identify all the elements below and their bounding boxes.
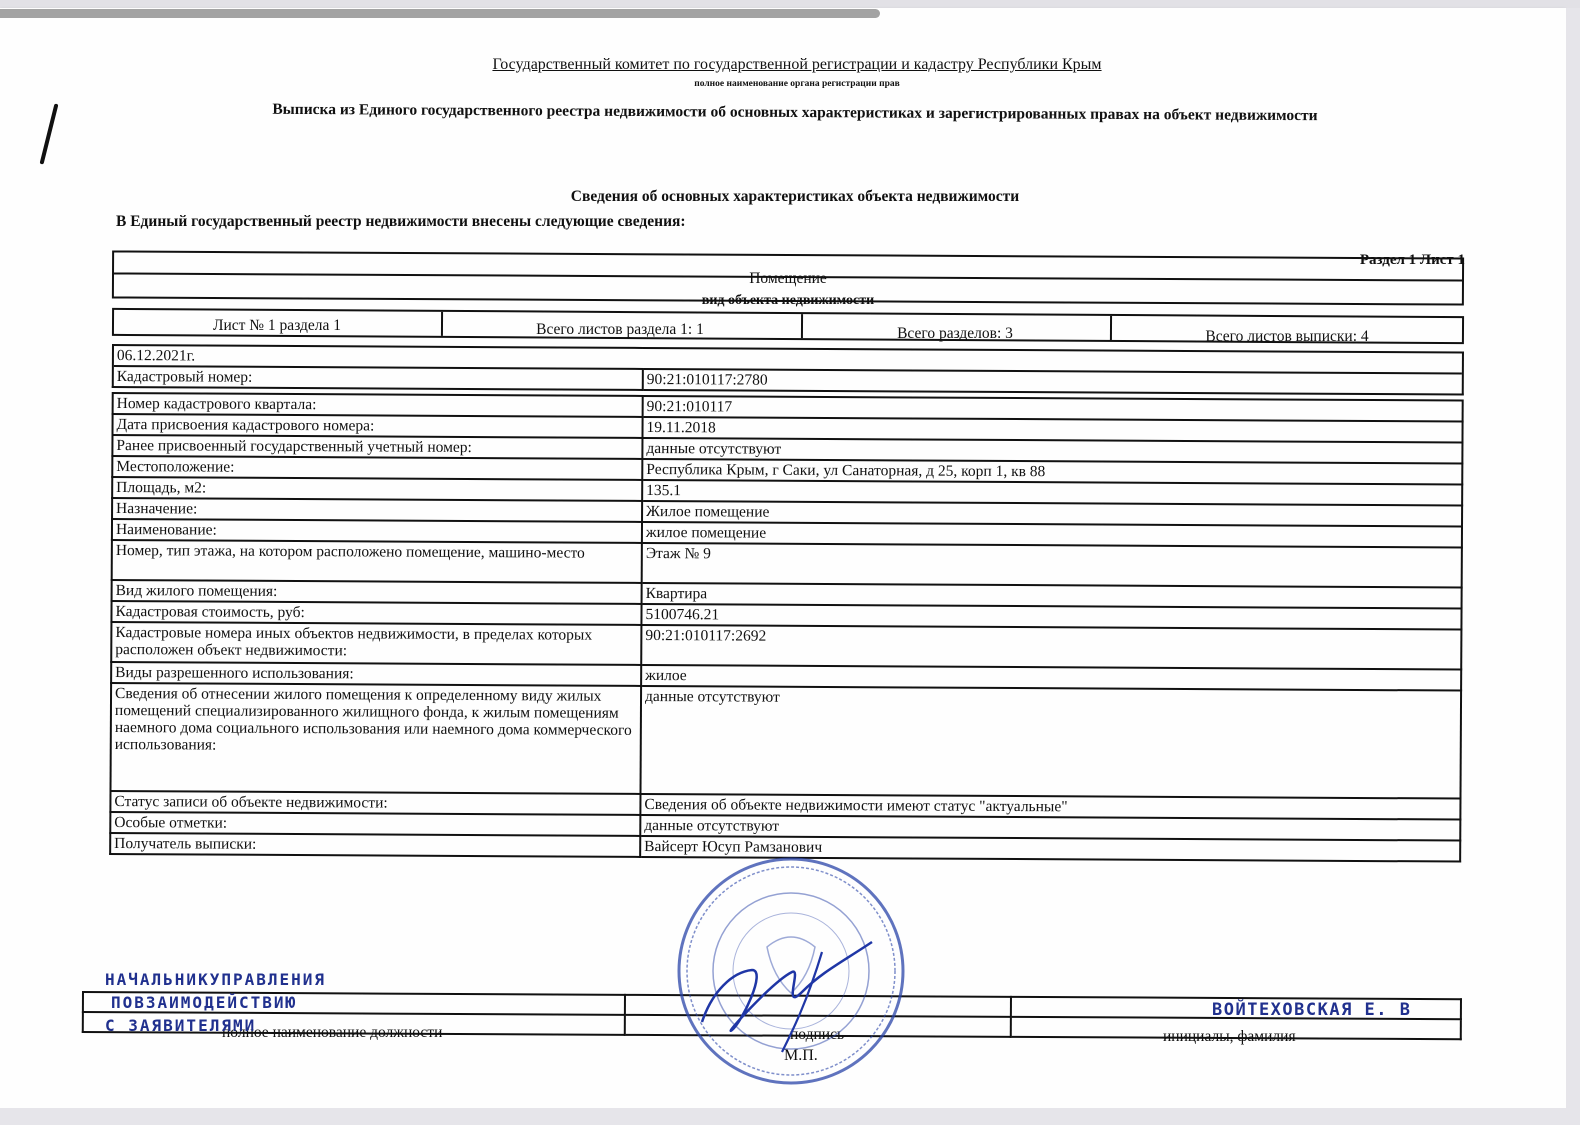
row-label: Кадастровая стоимость, руб:	[111, 601, 641, 625]
sheet-info-sections: Всего разделов: 3	[800, 325, 1110, 343]
row-value: данные отсутствуют	[640, 686, 1461, 799]
row-label: Вид жилого помещения:	[112, 580, 642, 604]
row-label: Статус записи об объекте недвижимости:	[110, 791, 640, 815]
horizontal-scrollbar[interactable]	[0, 9, 880, 18]
position-stamp-line: С ЗАЯВИТЕЛЯМИ	[105, 1014, 326, 1037]
position-stamp-line: НАЧАЛЬНИКУПРАВЛЕНИЯ	[105, 968, 326, 991]
row-label: Назначение:	[112, 498, 642, 522]
row-label: Особые отметки:	[110, 812, 640, 836]
object-type-caption: вид объекта недвижимости	[112, 293, 1464, 309]
row-label: Наименование:	[112, 519, 642, 543]
section-title: Сведения об основных характеристиках объ…	[540, 188, 1050, 206]
seal-label: М.П.	[784, 1047, 818, 1065]
name-stamp: ВОЙТЕХОВСКАЯ Е. В	[1212, 1000, 1412, 1020]
row-label: Кадастровые номера иных объектов недвижи…	[111, 622, 641, 665]
agency-name: Государственный комитет по государственн…	[452, 56, 1142, 74]
row-label: Номер кадастрового квартала:	[113, 393, 643, 417]
viewer-bottom-gutter	[0, 1108, 1580, 1125]
sheet-info-section-sheets: Всего листов раздела 1: 1	[440, 321, 800, 339]
intro-text: В Единый государственный реестр недвижим…	[116, 213, 816, 231]
name-caption: инициалы, фамилия	[1163, 1028, 1296, 1046]
row-label: Площадь, м2:	[112, 477, 642, 501]
row-label: Ранее присвоенный государственный учетны…	[112, 435, 642, 459]
record-table: 06.12.2021г. Кадастровый номер: 90:21:01…	[109, 344, 1464, 863]
row-label: Местоположение:	[112, 456, 642, 480]
row-label: Кадастровый номер:	[113, 366, 643, 390]
row-label: Виды разрешенного использования:	[111, 662, 641, 686]
position-stamp-line: ПОВЗАИМОДЕЙСТВИЮ	[105, 991, 326, 1014]
row-value: 90:21:010117:2692	[641, 625, 1461, 670]
position-stamp: НАЧАЛЬНИКУПРАВЛЕНИЯ ПОВЗАИМОДЕЙСТВИЮ С З…	[105, 968, 326, 1037]
viewer-top-bar	[0, 0, 1580, 8]
row-label: Сведения об отнесении жилого помещения к…	[111, 683, 642, 794]
row-label: Дата присвоения кадастрового номера:	[112, 414, 642, 438]
sheet-info-sheet-no: Лист № 1 раздела 1	[112, 317, 442, 335]
agency-caption: полное наименование органа регистрации п…	[452, 79, 1142, 89]
row-label: Получатель выписки:	[110, 833, 640, 857]
object-type: Помещение	[112, 270, 1464, 288]
row-label: Номер, тип этажа, на котором расположено…	[112, 540, 642, 583]
sheet-info-total-sheets: Всего листов выписки: 4	[1110, 328, 1464, 346]
viewer-right-gutter	[1566, 8, 1580, 1108]
row-value: Этаж № 9	[642, 543, 1462, 588]
table-row: Сведения об отнесении жилого помещения к…	[111, 683, 1462, 799]
